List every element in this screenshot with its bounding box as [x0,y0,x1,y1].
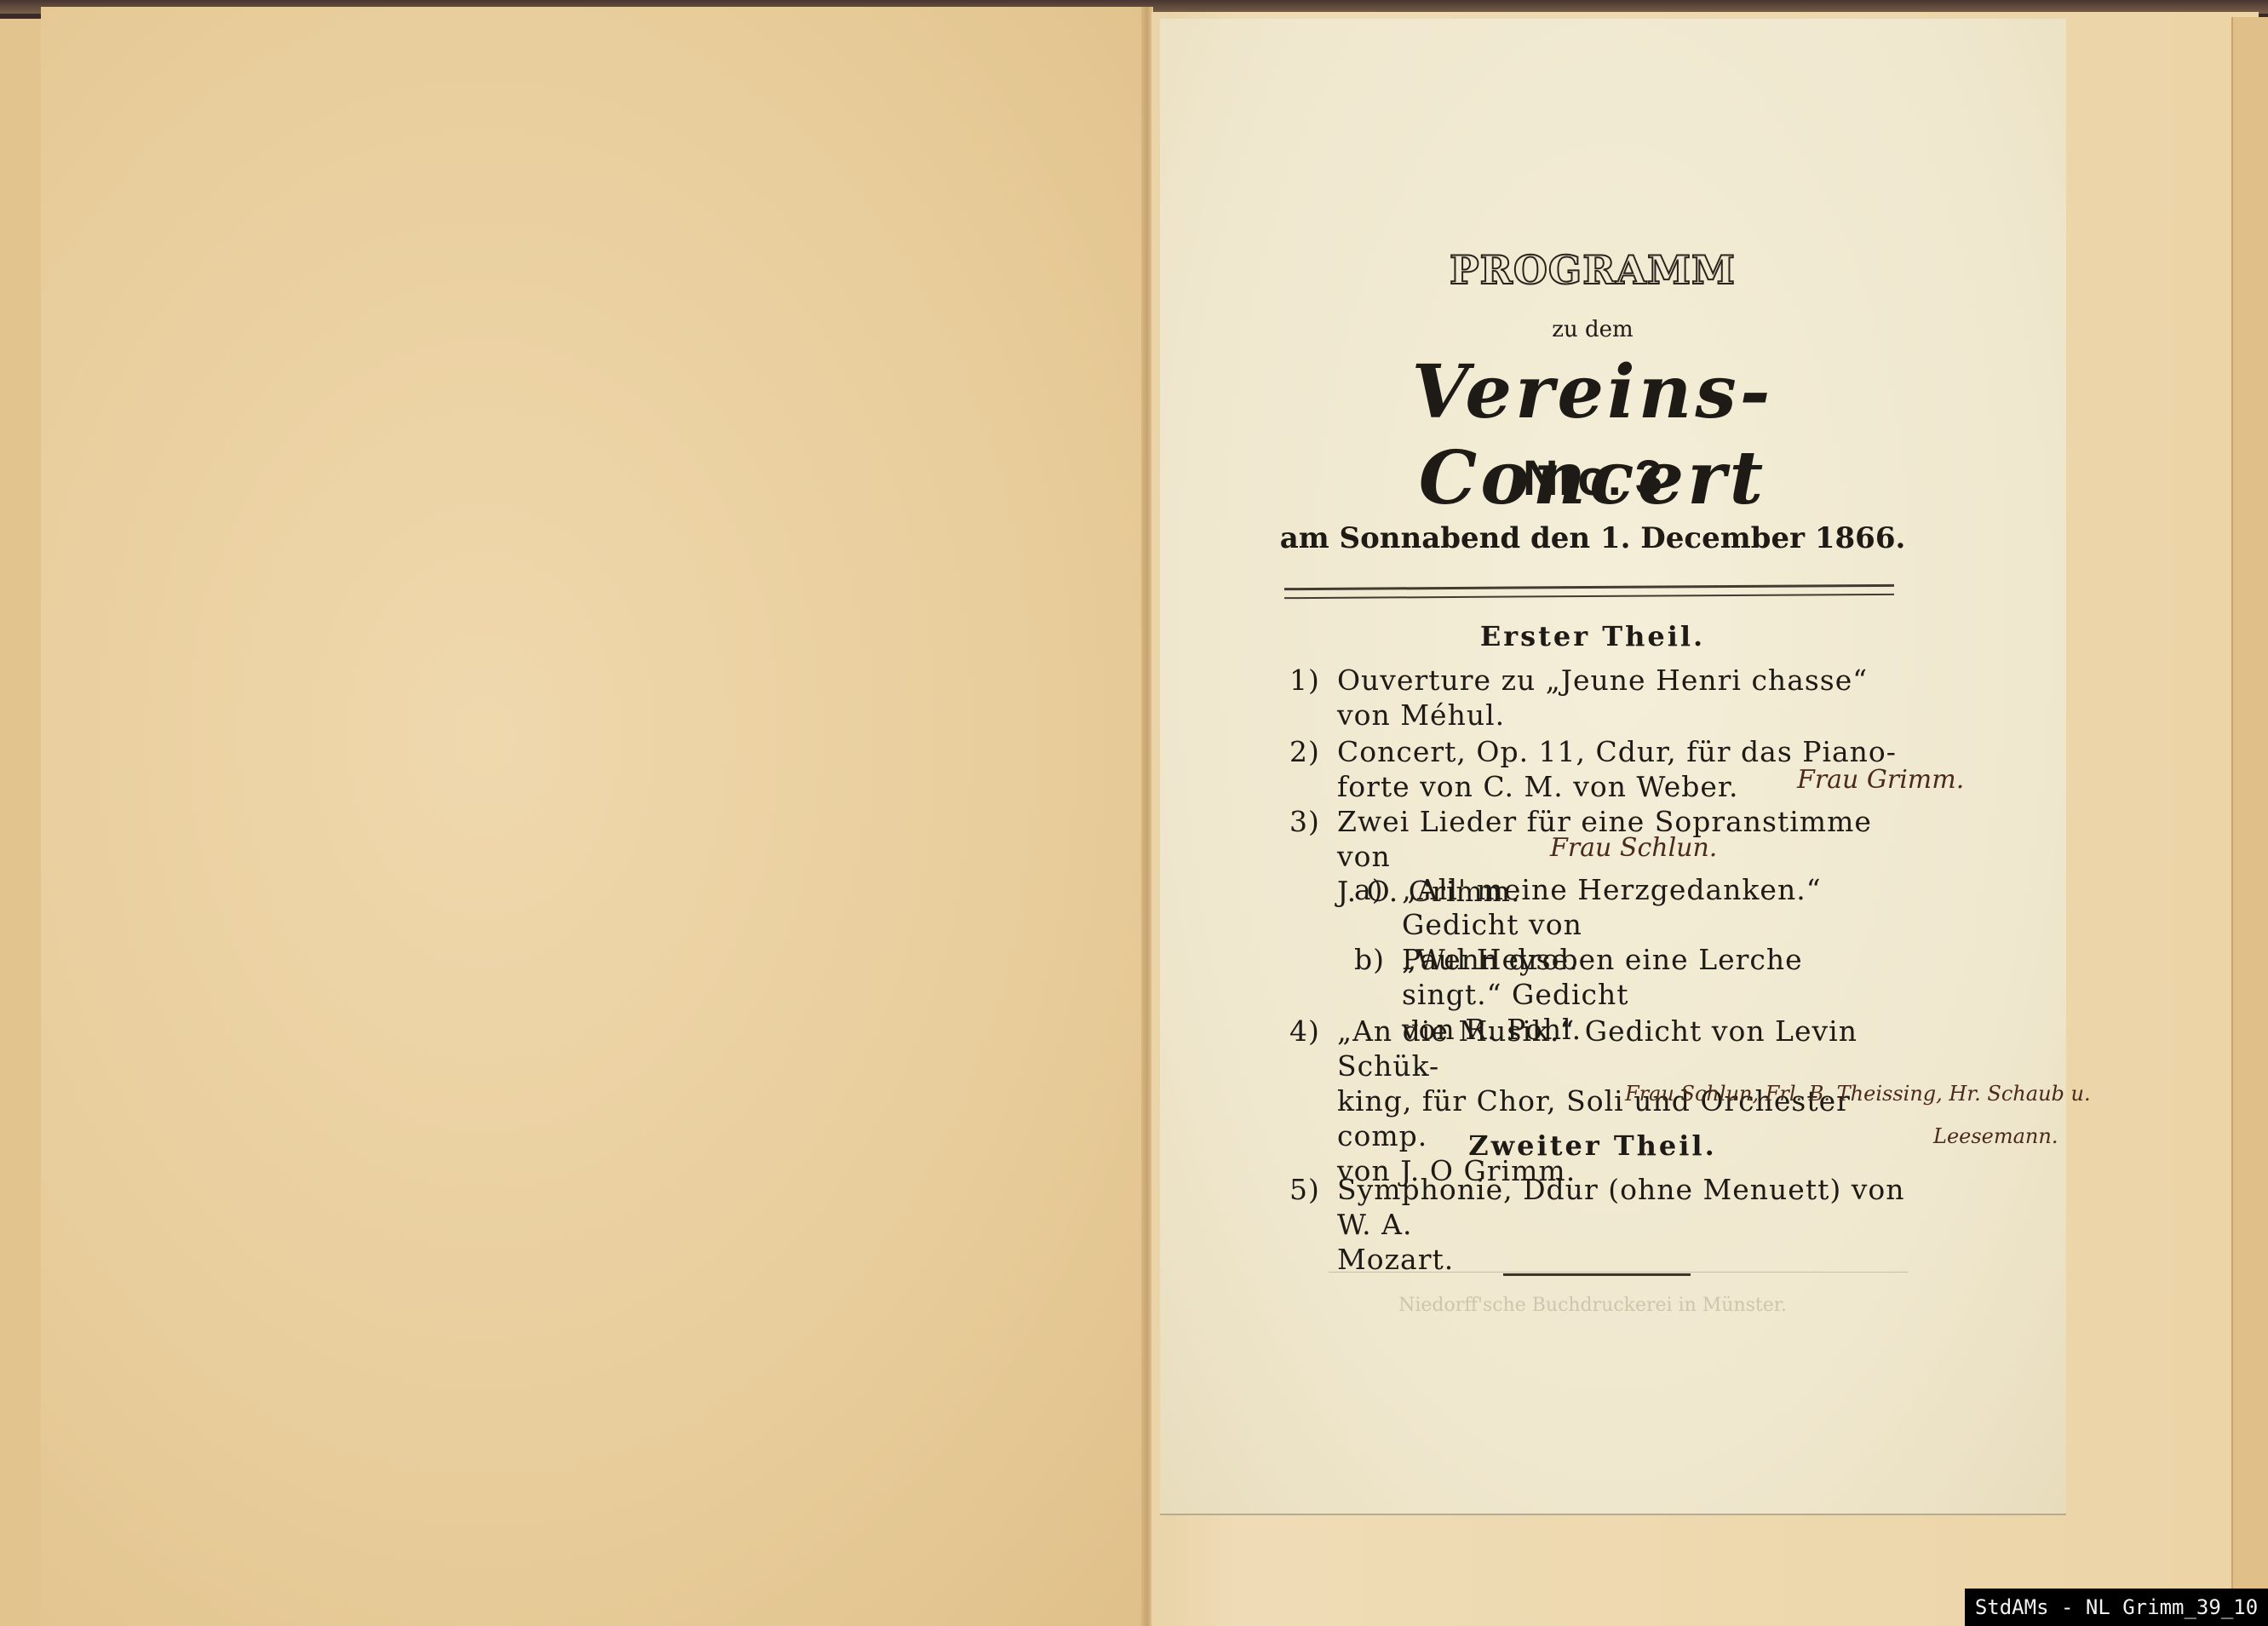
concert-date: am Sonnabend den 1. December 1866. [1269,521,1916,555]
left-blank-page [41,7,1148,1626]
item-number: 4) [1289,1014,1337,1049]
concert-number: Nro. 3 [1269,450,1916,507]
subitem-letter: b) [1354,942,1402,977]
title-connector: zu dem [1269,317,1916,342]
item-line: von Méhul. [1337,698,1920,733]
subitem-letter: a) [1354,872,1402,907]
item-line: Ouverture zu „Jeune Henri chasse“ [1337,663,1920,698]
item-number: 3) [1289,804,1337,839]
item-line: Concert, Op. 11, Cdur, für das Piano- [1337,734,1920,769]
item-number: 1) [1289,663,1337,698]
right-leaf-edge [2231,17,2268,1626]
part-heading: Erster Theil. [1269,620,1916,652]
program-item: 1) Ouverture zu „Jeune Henri chasse“ von… [1289,663,1920,733]
subitem-line: „All' meine Herzgedanken.“ Gedicht von [1402,872,1899,942]
archive-reference-label: StdAMs - NL Grimm_39_10 [1965,1589,2268,1626]
item-line: „An die Musik.“ Gedicht von Levin Schük- [1337,1014,1920,1083]
item-number: 5) [1289,1172,1337,1207]
handwritten-annotation: Frau Schlun, Frl. B. Theissing, Hr. Scha… [1625,1082,2091,1106]
printer-imprint: Niedorff'sche Buchdruckerei in Münster. [1320,1295,1865,1316]
item-line: Symphonie, Ddur (ohne Menuett) von W. A. [1337,1172,1920,1242]
subitem-line: „Wenn droben eine Lerche singt.“ Gedicht [1402,942,1899,1012]
item-number: 2) [1289,734,1337,769]
part-heading: Zweiter Theil. [1269,1129,1916,1162]
closing-divider [1503,1273,1691,1276]
handwritten-annotation: Leesemann. [1933,1124,2058,1148]
handwritten-annotation: Frau Grimm. [1797,765,1964,795]
program-item: 5) Symphonie, Ddur (ohne Menuett) von W.… [1289,1172,1920,1277]
program-title: PROGRAMM [1269,247,1916,293]
faint-divider [1329,1272,1908,1273]
handwritten-annotation: Frau Schlun. [1550,833,1717,863]
